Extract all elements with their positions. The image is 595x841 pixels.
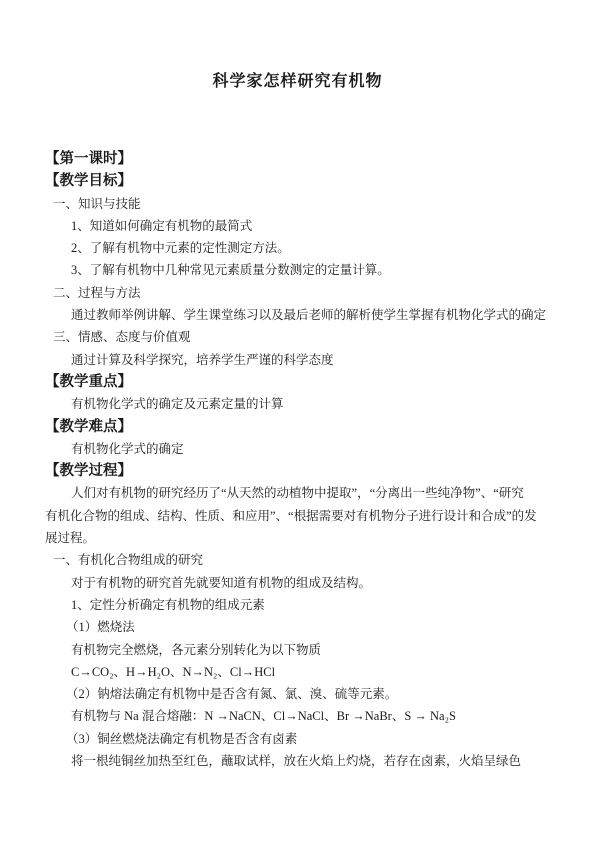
doc-line: 展过程。 [45, 527, 550, 549]
doc-line: 3、了解有机物中几种常见元素质量分数测定的定量计算。 [45, 259, 550, 281]
doc-line: （1）燃烧法 [45, 616, 550, 638]
doc-line: 1、知道如何确定有机物的最简式 [45, 215, 550, 237]
heading-difficulties: 【教学难点】 [45, 416, 550, 438]
doc-line: 2、了解有机物中元素的定性测定方法。 [45, 237, 550, 259]
doc-line-formula: C→CO₂、H→H₂O、N→N₂、Cl→HCl [45, 661, 550, 683]
heading-teaching-goals: 【教学目标】 [45, 170, 550, 192]
heading-key-points: 【教学重点】 [45, 371, 550, 393]
doc-line: （2）钠熔法确定有机物中是否含有氮、氯、溴、硫等元素。 [45, 683, 550, 705]
heading-teaching-process: 【教学过程】 [45, 460, 550, 482]
doc-line: 将一根纯铜丝加热至红色，蘸取试样，放在火焰上灼烧，若存在卤素，火焰呈绿色 [45, 750, 550, 772]
doc-line: 通过教师举例讲解、学生课堂练习以及最后老师的解析使学生掌握有机物化学式的确定 [45, 304, 550, 326]
doc-line: 有机化合物的组成、结构、性质、和应用”、“根据需要对有机物分子进行设计和合成”的… [45, 505, 550, 527]
doc-line: 对于有机物的研究首先就要知道有机物的组成及结构。 [45, 572, 550, 594]
document-title: 科学家怎样研究有机物 [45, 70, 550, 93]
heading-lesson-1: 【第一课时】 [45, 148, 550, 170]
doc-line: 通过计算及科学探究，培养学生严谨的科学态度 [45, 349, 550, 371]
section-process: 二、过程与方法 [45, 282, 550, 304]
doc-line: 有机物化学式的确定 [45, 438, 550, 460]
section-knowledge: 一、知识与技能 [45, 193, 550, 215]
doc-line: 有机物完全燃烧，各元素分别转化为以下物质 [45, 639, 550, 661]
doc-line: 有机物化学式的确定及元素定量的计算 [45, 393, 550, 415]
document-page: 科学家怎样研究有机物 【第一课时】 【教学目标】 一、知识与技能 1、知道如何确… [0, 0, 595, 841]
doc-line: 1、定性分析确定有机物的组成元素 [45, 594, 550, 616]
section-attitude: 三、情感、态度与价值观 [45, 326, 550, 348]
doc-line-formula: 有机物与 Na 混合熔融：N →NaCN、Cl→NaCl、Br →NaBr、S … [45, 705, 550, 727]
doc-line: 人们对有机物的研究经历了“从天然的动植物中提取”，“分离出一些纯净物”、“研究 [45, 482, 550, 504]
doc-line: （3）铜丝燃烧法确定有机物是否含有卤素 [45, 728, 550, 750]
section-composition-research: 一、有机化合物组成的研究 [45, 549, 550, 571]
